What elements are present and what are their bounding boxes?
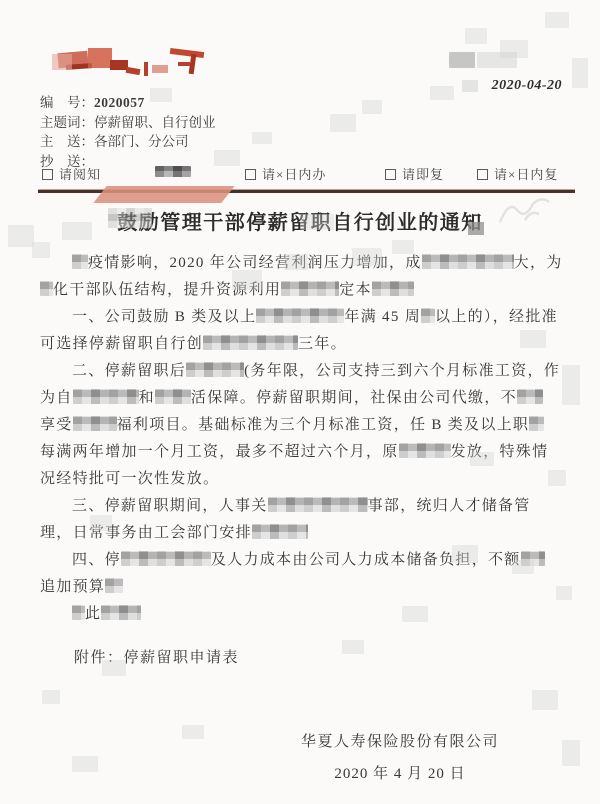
redaction-block — [422, 254, 514, 269]
mosaic-artifact — [284, 254, 308, 270]
checkbox-label: 请即复 — [402, 167, 444, 182]
company-name: 华夏人寿保险股份有限公司 — [245, 730, 555, 751]
checkbox-label: 请阅知 — [59, 167, 101, 182]
text-run: 以上的），经批准 — [435, 309, 558, 325]
redaction-block — [399, 443, 451, 458]
body-line: 享受福利项目。基础标准为三个月标准工资，任 B 类及以上职 — [40, 412, 564, 439]
letterhead-fragment — [178, 62, 190, 66]
routing-option-reply-in-days: 请×日内复 — [477, 164, 558, 183]
body-line: 可选择停薪留职自行创三年。 — [40, 331, 564, 358]
redaction-block — [372, 281, 414, 296]
text-run: 年满 45 周 — [344, 309, 421, 325]
text-run: 四、停 — [72, 552, 121, 568]
text-run: 三年。 — [298, 336, 347, 352]
mosaic-artifact — [402, 606, 428, 622]
text-run: 况经特批可一次性发放。 — [40, 471, 219, 487]
text-run: 一、公司鼓励 B 类及以上 — [72, 309, 256, 325]
text-run: 享受 — [40, 417, 73, 433]
checkbox-icon — [477, 169, 488, 180]
redaction-block — [468, 222, 484, 235]
text-run: 追加预算 — [40, 579, 105, 595]
meta-label: 主题词： — [40, 115, 94, 130]
meta-row-to: 主 送：各部门、分公司 — [40, 132, 216, 152]
mosaic-artifact — [465, 28, 487, 44]
text-run: 和 — [139, 390, 155, 406]
body-line: 一、公司鼓励 B 类及以上年满 45 周以上的），经批准 — [40, 304, 564, 331]
meta-row-subject: 主题词：停薪留职、自行创业 — [40, 113, 216, 133]
meta-value: 2020057 — [94, 95, 145, 110]
mosaic-artifact — [430, 86, 454, 100]
meta-label: 主 送： — [40, 134, 94, 149]
meta-value: 各部门、分公司 — [94, 134, 189, 149]
signature-date: 2020 年 4 月 20 日 — [245, 762, 555, 783]
mosaic-artifact — [352, 248, 382, 266]
mosaic-artifact — [32, 242, 50, 258]
meta-label: 编 号： — [40, 95, 94, 110]
mosaic-artifact — [548, 470, 566, 486]
text-run: 二、停薪留职后 — [72, 363, 186, 379]
routing-option-read: 请阅知 — [42, 164, 101, 183]
mosaic-artifact — [342, 640, 364, 654]
redaction-block — [268, 497, 368, 512]
checkbox-label: 请×日内办 — [262, 167, 326, 182]
mosaic-artifact — [572, 58, 588, 88]
text-run: (务年限，公司支持三到六个月标准工资，作 — [244, 363, 560, 379]
mosaic-artifact — [562, 365, 580, 405]
redaction-block — [256, 308, 344, 323]
body-line: 为自和活保障。停薪留职期间，社保由公司代缴，不 — [40, 385, 564, 412]
checkbox-icon — [245, 169, 256, 180]
mosaic-artifact — [562, 740, 580, 766]
text-run: 福利项目。基础标准为三个月标准工资，任 B 类及以上职 — [117, 417, 530, 433]
text-run: 每满两年增加一个月工资，最多不超过六个月，原 — [40, 444, 399, 460]
mosaic-artifact — [214, 150, 240, 166]
redaction-block — [108, 208, 152, 228]
redaction-block — [186, 362, 244, 377]
mosaic-artifact — [232, 270, 262, 290]
mosaic-artifact — [62, 222, 92, 240]
mosaic-artifact — [362, 100, 382, 114]
redaction-block — [73, 389, 139, 404]
checkbox-icon — [385, 169, 396, 180]
checkbox-icon — [42, 169, 53, 180]
redaction-block — [121, 551, 211, 566]
redaction-block — [281, 281, 339, 296]
mosaic-artifact — [330, 114, 356, 132]
meta-block: 编 号：2020057 主题词：停薪留职、自行创业 主 送：各部门、分公司 抄 … — [40, 93, 216, 171]
redaction-block — [72, 605, 85, 620]
redaction-block — [252, 524, 308, 539]
mosaic-artifact — [545, 12, 569, 28]
redaction-block — [105, 578, 123, 593]
mosaic-artifact — [392, 240, 414, 254]
meta-row-number: 编 号：2020057 — [40, 93, 216, 113]
checkbox-label: 请×日内复 — [494, 167, 558, 182]
body-line: 化干部队伍结构，提升资源利用定本 — [40, 277, 564, 304]
redaction-block — [203, 335, 298, 350]
mosaic-artifact — [72, 756, 98, 772]
mosaic-artifact — [532, 690, 558, 710]
mosaic-artifact — [500, 40, 528, 58]
letterhead-fragment — [170, 48, 204, 58]
scan-date: 2020-04-20 — [492, 78, 562, 94]
routing-option-handle-in-days: 请×日内办 — [245, 164, 326, 183]
redaction-block — [155, 166, 191, 177]
text-run: 发放，特殊情 — [451, 444, 549, 460]
letterhead-fragment — [126, 67, 141, 75]
mosaic-artifact — [300, 214, 334, 230]
letterhead-fragment — [88, 48, 112, 68]
mosaic-artifact — [90, 515, 112, 531]
body-line: 追加预算 — [40, 574, 564, 601]
mosaic-artifact — [470, 452, 494, 466]
letterhead-fragment — [152, 65, 168, 73]
letterhead-fragment — [52, 54, 72, 70]
body-line: 况经特批可一次性发放。 — [40, 466, 564, 493]
redaction-block — [73, 416, 117, 431]
text-run: 理，日常事务由工会部门安排 — [40, 525, 252, 541]
mosaic-artifact — [8, 225, 34, 247]
text-run: 可选择停薪留职自行创 — [40, 336, 203, 352]
signature-block: 华夏人寿保险股份有限公司 2020 年 4 月 20 日 — [245, 730, 555, 783]
mosaic-artifact — [452, 545, 478, 563]
text-run: 为自 — [40, 390, 73, 406]
body-line: 二、停薪留职后(务年限，公司支持三到六个月标准工资，作 — [40, 358, 564, 385]
letterhead-fragment — [144, 62, 148, 76]
body-line: 此 — [40, 601, 564, 628]
mosaic-artifact — [150, 88, 172, 102]
redaction-block — [101, 605, 141, 620]
text-run: 活保障。停薪留职期间，社保由公司代缴，不 — [191, 390, 517, 406]
redaction-block — [529, 416, 544, 431]
redaction-block — [421, 308, 435, 323]
handwriting-watermark — [495, 192, 555, 232]
redaction-block — [517, 389, 543, 404]
body-line: 三、停薪留职期间，人事关事部，统归人才储备管 — [40, 493, 564, 520]
body-line: 四、停及人力成本由公司人力成本储备负担，不额 — [40, 547, 564, 574]
redaction-block — [155, 389, 191, 404]
mosaic-artifact — [182, 725, 204, 739]
scanned-document-page: 2020-04-20 编 号：2020057 主题词：停薪留职、自行创业 主 送… — [0, 0, 600, 804]
letterhead-redacted — [52, 38, 212, 82]
text-run: 事部，统归人才储备管 — [368, 498, 531, 514]
routing-option-reply-now: 请即复 — [385, 164, 444, 183]
text-run: 三、停薪留职期间，人事关 — [72, 498, 268, 514]
mosaic-artifact — [520, 330, 546, 348]
mosaic-artifact — [462, 80, 478, 92]
redaction-parallelogram — [93, 186, 234, 203]
body-lines: 疫情影响，2020 年公司经营利润压力增加，成大，为化干部队伍结构，提升资源利用… — [40, 250, 564, 628]
mosaic-artifact — [512, 560, 534, 574]
mosaic-artifact — [449, 52, 475, 68]
mosaic-artifact — [42, 690, 60, 704]
text-run: 大，为 — [514, 255, 563, 271]
mosaic-artifact — [556, 586, 572, 600]
mosaic-artifact — [252, 132, 272, 144]
redaction-block — [72, 254, 88, 269]
body-line: 理，日常事务由工会部门安排 — [40, 520, 564, 547]
routing-checkbox-row: 请阅知 请×日内办 请即复 请×日内复 — [40, 164, 575, 182]
meta-value: 停薪留职、自行创业 — [94, 115, 216, 130]
attachment-line: 附件：停薪留职申请表 — [74, 646, 239, 667]
text-run: 定本 — [339, 282, 372, 298]
redaction-block — [40, 281, 53, 296]
text-run: 此 — [85, 606, 101, 622]
mosaic-artifact — [102, 660, 126, 676]
